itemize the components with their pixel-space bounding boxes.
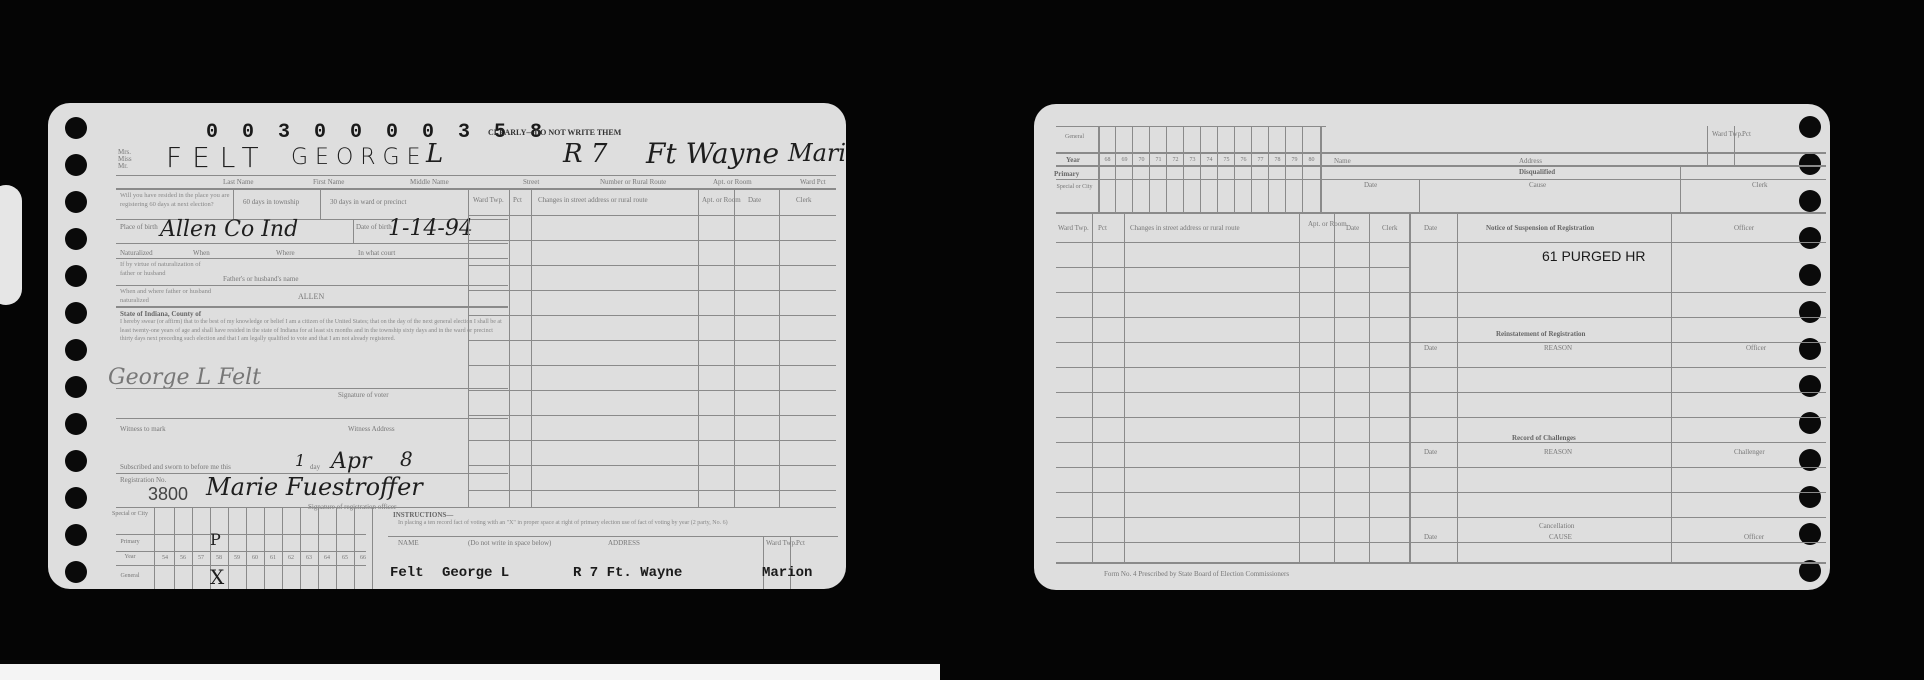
label-cause: Cause <box>1529 181 1546 189</box>
rule <box>1056 367 1826 368</box>
rule <box>1671 212 1672 562</box>
rule <box>116 388 508 389</box>
punch-hole <box>65 524 87 546</box>
label-date-of-birth: Date of birth <box>356 223 392 231</box>
date-of-birth-value: 1-14-94 <box>388 216 473 241</box>
label-naturalized: Naturalized <box>120 249 153 257</box>
punch-hole <box>65 154 87 176</box>
rule <box>1056 492 1826 493</box>
cancellation-title: Cancellation <box>1539 522 1574 530</box>
grid-label-general: General <box>1052 134 1097 140</box>
year-cell: 59 <box>228 555 246 561</box>
rule <box>354 507 355 589</box>
rule <box>468 290 836 291</box>
suspension-title: Notice of Suspension of Registration <box>1486 224 1594 232</box>
punch-hole <box>1799 412 1821 434</box>
year-cell: 75 <box>1218 157 1235 163</box>
street-value: R 7 <box>563 139 607 169</box>
punch-hole <box>65 339 87 361</box>
header-instruction: CLEARLY—DO NOT WRITE THEM <box>488 128 621 137</box>
rule <box>174 507 175 589</box>
reinstatement-reason-label: REASON <box>1544 344 1572 352</box>
label-place-of-birth: Place of birth <box>120 223 158 231</box>
general-vote-mark: X <box>210 565 224 589</box>
rule <box>1056 212 1826 214</box>
label-days-ward: 30 days in ward or precinct <box>330 198 406 206</box>
punch-hole <box>65 191 87 213</box>
year-cell: 70 <box>1133 157 1150 163</box>
footer-label-ward: Ward Twp. <box>766 539 797 547</box>
col-changes: Changes in street address or rural route <box>538 196 648 204</box>
label-father-naturalized: When and where father or husband natural… <box>120 287 220 305</box>
label-first-name: First Name <box>313 178 344 186</box>
rule <box>698 189 699 507</box>
grid-label-primary: Primary <box>1054 170 1079 178</box>
rule <box>192 507 193 589</box>
year-cell: 61 <box>264 555 282 561</box>
rule <box>1299 212 1300 562</box>
footer-label-note: (Do not write in space below) <box>468 539 551 547</box>
grid-label-general: General <box>110 573 150 579</box>
rule <box>116 306 508 308</box>
label-days-township: 60 days in township <box>243 198 299 206</box>
punch-hole <box>1799 116 1821 138</box>
rule <box>1056 342 1826 343</box>
rule <box>233 189 234 219</box>
label-last-name: Last Name <box>223 178 254 186</box>
place-of-birth-value: Allen Co Ind <box>160 217 298 242</box>
instructions-heading: INSTRUCTIONS— <box>393 511 453 519</box>
prefix-labels: Mrs.MissMr. <box>118 149 132 170</box>
officer-signature: Marie Fuestroffer <box>206 473 423 501</box>
rule <box>318 507 319 589</box>
rule <box>1056 267 1409 268</box>
year-cell: 58 <box>210 555 228 561</box>
col-pct: Pct <box>1098 224 1107 232</box>
rule <box>1056 442 1826 443</box>
scan-border-strip <box>0 664 940 680</box>
rule <box>1369 212 1370 562</box>
cancellation-cause-label: CAUSE <box>1549 533 1572 541</box>
rule <box>468 440 836 441</box>
label-clerk: Clerk <box>1752 181 1768 189</box>
col-changes: Changes in street address or rural route <box>1130 224 1240 232</box>
rule <box>1234 126 1235 212</box>
year-cell: 79 <box>1286 157 1303 163</box>
rule <box>468 240 836 241</box>
punch-hole <box>1799 227 1821 249</box>
rule <box>1056 179 1826 180</box>
label-witness-mark: Witness to mark <box>120 425 166 433</box>
col-ward: Ward Twp. <box>1058 224 1089 232</box>
rule <box>353 219 354 243</box>
reinstatement-date-label: Date <box>1424 344 1437 352</box>
punch-hole <box>1799 486 1821 508</box>
label-court: In what court <box>358 249 395 257</box>
punch-hole <box>65 413 87 435</box>
father-naturalized-value: ALLEN <box>298 292 324 301</box>
rule <box>1056 242 1826 243</box>
label-where: Where <box>276 249 295 257</box>
reinstatement-officer-label: Officer <box>1746 344 1766 352</box>
label-number-rural: Number or Rural Route <box>600 178 666 186</box>
rule <box>468 340 836 341</box>
col-pct: Pct <box>513 196 522 204</box>
rule <box>264 507 265 589</box>
rule <box>1149 126 1150 212</box>
col-date: Date <box>748 196 761 204</box>
rule <box>779 189 780 507</box>
year-cell: 54 <box>156 555 174 561</box>
footer-label-pct: Pct <box>796 539 805 547</box>
rule <box>116 285 508 286</box>
rule <box>1251 126 1252 212</box>
rule <box>116 188 836 190</box>
typed-township: Marion <box>762 565 812 581</box>
label-witness-address: Witness Address <box>348 425 395 433</box>
label-pct: Pct <box>1742 130 1751 138</box>
label-street: Street <box>523 178 539 186</box>
year-cell: 62 <box>282 555 300 561</box>
punch-hole <box>65 265 87 287</box>
reinstatement-title: Reinstatement of Registration <box>1496 330 1585 338</box>
sworn-year: 8 <box>400 447 413 471</box>
challenges-date-label: Date <box>1424 448 1437 456</box>
rule <box>246 507 247 589</box>
rule <box>1056 417 1826 418</box>
year-cell: 74 <box>1201 157 1218 163</box>
form-footer: Form No. 4 Prescribed by State Board of … <box>1104 570 1289 578</box>
rule <box>1680 166 1681 212</box>
rule <box>1268 126 1269 212</box>
suspension-date-label: Date <box>1424 224 1437 232</box>
year-cell: 56 <box>174 555 192 561</box>
suspension-officer-label: Officer <box>1734 224 1754 232</box>
challenges-reason-label: REASON <box>1544 448 1572 456</box>
rule <box>282 507 283 589</box>
col-ward: Ward Twp. <box>473 196 504 204</box>
punch-hole <box>65 487 87 509</box>
rule <box>154 507 155 589</box>
label-ward-twp: Ward Twp. <box>1712 130 1743 138</box>
city-value: Ft Wayne <box>646 137 779 170</box>
label-resided: Will you have resided in the place you a… <box>120 191 230 209</box>
rule <box>531 189 532 507</box>
label-name: Name <box>1334 157 1351 165</box>
grid-label-special: Special or City <box>110 511 150 517</box>
rule <box>468 490 836 491</box>
rule <box>116 507 836 508</box>
rule <box>1056 392 1826 393</box>
punch-hole <box>65 302 87 324</box>
rule <box>1302 126 1303 212</box>
rule <box>1056 165 1826 167</box>
rule <box>1056 517 1826 518</box>
rule <box>372 507 373 589</box>
col-apt: Apt. or Room <box>702 196 741 204</box>
year-cell: 71 <box>1150 157 1167 163</box>
rule <box>1217 126 1218 212</box>
year-cell: 76 <box>1235 157 1252 163</box>
rule <box>116 258 508 259</box>
label-signature-voter: Signature of voter <box>338 391 389 399</box>
last-name-value: FELT <box>166 141 269 174</box>
label-date: Date <box>1364 181 1377 189</box>
year-cell: 66 <box>354 555 372 561</box>
rule <box>336 507 337 589</box>
oath-heading: State of Indiana, County of <box>120 310 201 318</box>
rule <box>228 507 229 589</box>
rule <box>1285 126 1286 212</box>
punch-hole <box>65 228 87 250</box>
rule <box>1419 179 1420 212</box>
rule <box>1707 126 1708 166</box>
label-ward-pct: Ward Pct <box>800 178 826 186</box>
punch-hole <box>65 450 87 472</box>
punch-hole <box>65 376 87 398</box>
typed-first-name: George L <box>442 565 509 581</box>
grid-label-year: Year <box>110 554 150 560</box>
label-subscribed: Subscribed and sworn to before me this <box>120 463 231 471</box>
year-cell: 63 <box>300 555 318 561</box>
rule <box>1334 212 1335 562</box>
col-apt: Apt. or Room <box>1308 220 1347 228</box>
challenges-title: Record of Challenges <box>1512 434 1576 442</box>
year-cell: 65 <box>336 555 354 561</box>
year-cell: 69 <box>1116 157 1133 163</box>
year-cell: 78 <box>1269 157 1286 163</box>
rule <box>1115 126 1116 212</box>
registration-card-back: General Year Primary Special or City 68 … <box>1034 104 1830 590</box>
rule <box>1409 212 1411 562</box>
rule <box>1124 212 1125 562</box>
punch-hole <box>1799 375 1821 397</box>
rule <box>1166 126 1167 212</box>
col-clerk: Clerk <box>1382 224 1398 232</box>
cancellation-officer-label: Officer <box>1744 533 1764 541</box>
label-naturalization-father: If by virtue of naturalization of father… <box>120 260 210 278</box>
punch-hole <box>1799 301 1821 323</box>
year-cell: 57 <box>192 555 210 561</box>
rule <box>116 243 508 244</box>
rule <box>1056 467 1826 468</box>
label-day: day <box>310 463 320 471</box>
year-cell: 77 <box>1252 157 1269 163</box>
footer-label-name: NAME <box>398 539 419 547</box>
year-cell: 68 <box>1099 157 1116 163</box>
punch-hole <box>1799 153 1821 175</box>
voter-signature: George L Felt <box>108 365 261 390</box>
rule <box>1098 126 1100 212</box>
rule <box>468 365 836 366</box>
year-cell: 80 <box>1303 157 1320 163</box>
rule <box>1200 126 1201 212</box>
label-address: Address <box>1519 157 1542 165</box>
year-cell: 60 <box>246 555 264 561</box>
rule <box>1056 562 1826 564</box>
rule <box>468 215 836 216</box>
rule <box>1092 212 1093 562</box>
punch-hole <box>1799 190 1821 212</box>
rule <box>1320 126 1322 212</box>
grid-label-primary: Primary <box>110 539 150 545</box>
first-name-value: GEORGE <box>291 145 428 170</box>
label-apt-room: Apt. or Room <box>713 178 752 186</box>
label-middle-name: Middle Name <box>410 178 449 186</box>
rule <box>1183 126 1184 212</box>
instructions-text: In placing a ten record fact of voting w… <box>398 519 818 527</box>
label-disqualified: Disqualified <box>1519 168 1555 176</box>
sworn-day: 1 <box>295 451 305 470</box>
rule <box>1457 212 1458 562</box>
registration-number: 3800 <box>148 484 188 505</box>
rule <box>468 465 836 466</box>
punch-hole <box>1799 264 1821 286</box>
punch-hole <box>65 117 87 139</box>
grid-label-special: Special or City <box>1052 184 1097 190</box>
label-fathers-name: Father's or husband's name <box>223 275 298 283</box>
rule <box>468 189 469 507</box>
rule <box>468 315 836 316</box>
rule <box>1132 126 1133 212</box>
rule <box>763 536 764 589</box>
label-when: When <box>193 249 210 257</box>
typed-last-name: Felt <box>390 565 424 581</box>
challenges-challenger-label: Challenger <box>1734 448 1765 456</box>
col-clerk: Clerk <box>796 196 812 204</box>
rule <box>468 415 836 416</box>
footer-label-address: ADDRESS <box>608 539 640 547</box>
suspension-entry: 61 PURGED HR <box>1542 248 1645 264</box>
year-cell: 73 <box>1184 157 1201 163</box>
rule <box>116 175 836 176</box>
township-value: Marion <box>788 139 846 167</box>
rule <box>1056 317 1826 318</box>
cancellation-date-label: Date <box>1424 533 1437 541</box>
rule <box>300 507 301 589</box>
label-registration-no: Registration No. <box>120 476 166 484</box>
rule <box>1056 152 1826 154</box>
middle-name-value: L <box>426 139 443 169</box>
rule <box>320 189 321 219</box>
rule <box>468 265 836 266</box>
oath-text: I hereby swear (or affirm) that to the b… <box>120 318 505 344</box>
sworn-month: Apr <box>331 449 372 474</box>
grid-label-year: Year <box>1066 156 1080 164</box>
year-cell: 64 <box>318 555 336 561</box>
year-cell: 72 <box>1167 157 1184 163</box>
rule <box>116 418 508 419</box>
adjacent-card-edge <box>0 185 22 305</box>
rule <box>734 189 735 507</box>
punch-hole <box>65 561 87 583</box>
rule <box>388 536 838 537</box>
primary-vote-mark: P <box>210 530 221 549</box>
rule <box>468 390 836 391</box>
registration-card-front: 0 0 3 0 0 0 0 3 5 8 CLEARLY—DO NOT WRITE… <box>48 103 846 589</box>
rule <box>1056 542 1826 543</box>
rule <box>1056 292 1826 293</box>
col-date: Date <box>1346 224 1359 232</box>
rule <box>509 189 510 507</box>
typed-address: R 7 Ft. Wayne <box>573 565 682 581</box>
